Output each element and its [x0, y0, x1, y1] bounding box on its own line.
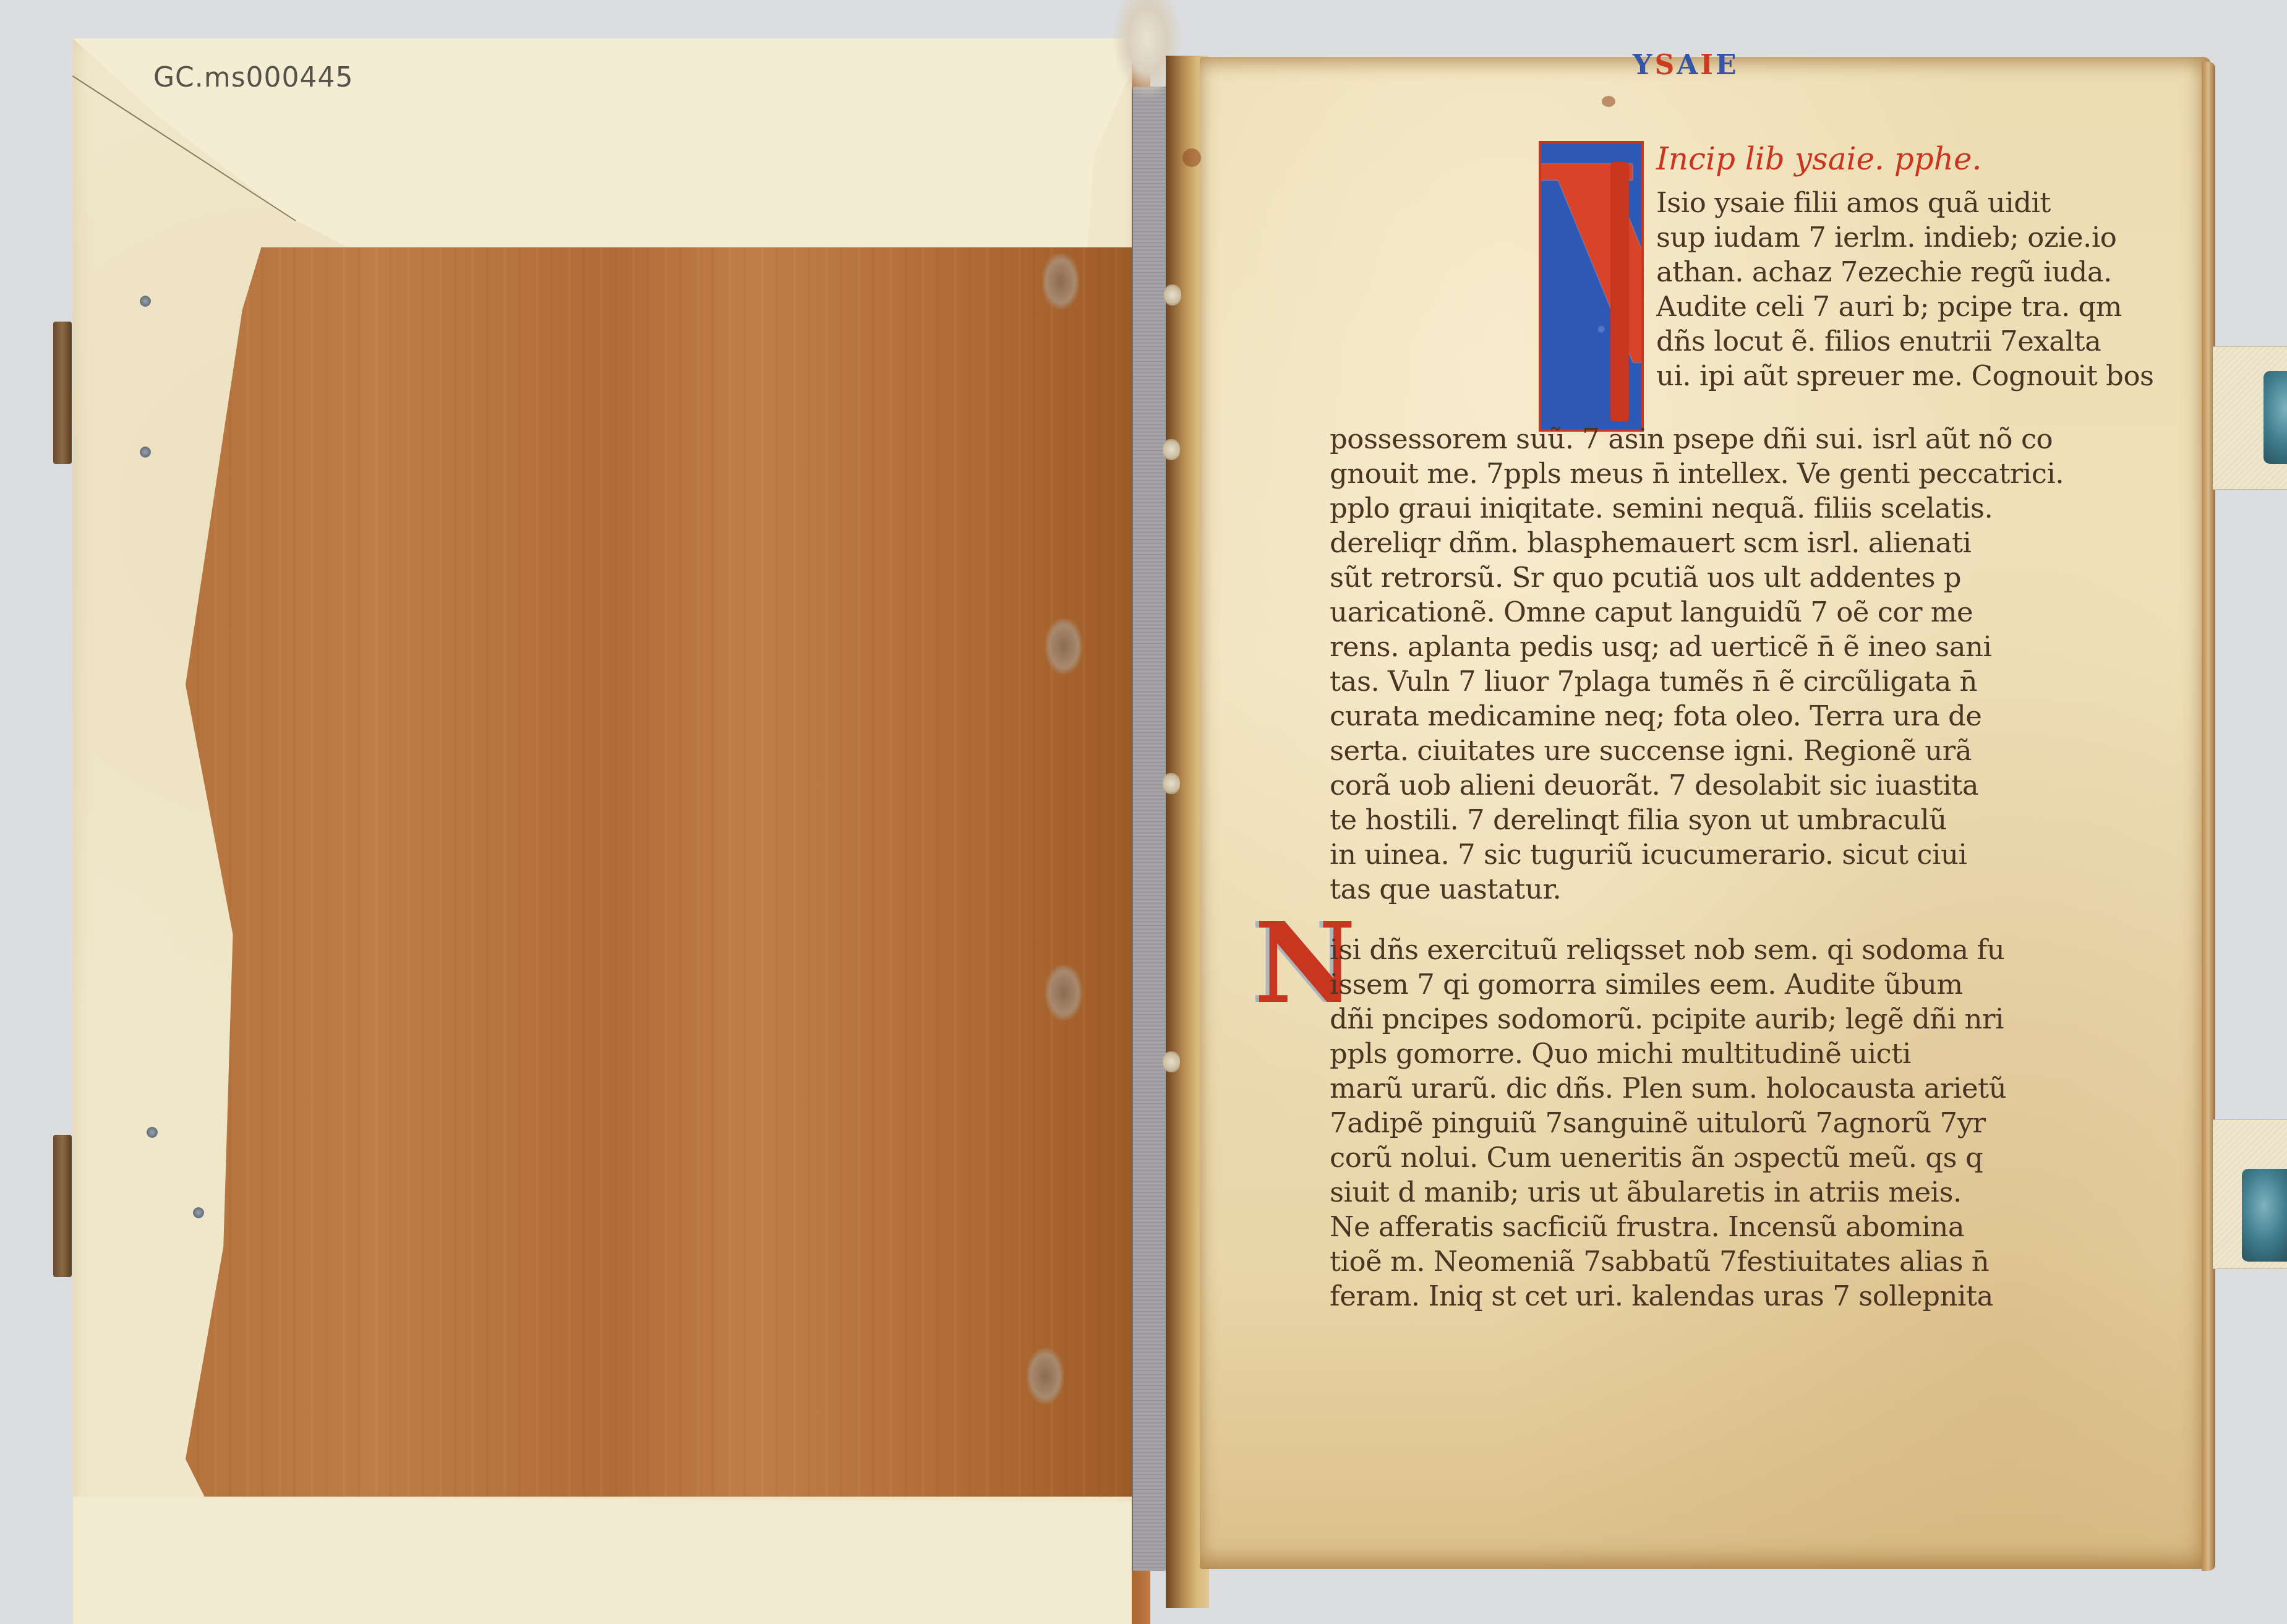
text-line: serta. ciuitates ure succense igni. Regi…: [1330, 733, 2189, 768]
board-peg-hole: [1045, 965, 1082, 1020]
text-line: siuit d manib; uris ut ãbularetis in atr…: [1330, 1175, 2189, 1210]
nail-head: [147, 1127, 158, 1138]
text-column-second-paragraph: isi dñs exercituũ reliqsset nob sem. qi …: [1330, 933, 2189, 1314]
sewing-station: [1163, 1051, 1180, 1072]
foxing-stain: [1602, 96, 1615, 107]
clasp-catch-upper: [53, 322, 72, 464]
text-line: gnouit me. 7ppls meus n̄ intellex. Ve ge…: [1330, 456, 2189, 491]
text-line: 7adipẽ pinguiũ 7sanguinẽ uitulorũ 7agnor…: [1330, 1106, 2189, 1140]
text-line: sup iudam 7 ierlm. indieb; ozie.io: [1656, 220, 2188, 255]
text-line: dereliqr dñm. blasphemauert scm isrl. al…: [1330, 526, 2189, 560]
text-line: Audite celi 7 auri b; pcipe tra. qm: [1656, 289, 2188, 324]
text-line: dñi pncipes sodomorũ. pcipite aurib; leg…: [1330, 1002, 2189, 1036]
text-line: in uinea. 7 sic tuguriũ icucumerario. si…: [1330, 837, 2189, 872]
text-line: possessorem suũ. 7 asin psepe dñi sui. i…: [1330, 422, 2189, 456]
clasp-metal-lower: [2242, 1169, 2287, 1262]
nail-head: [193, 1207, 204, 1218]
sewing-station: [1163, 439, 1180, 460]
text-block-fore-edge: [2202, 62, 2215, 1571]
text-column-first-paragraph: possessorem suũ. 7 asin psepe dñi sui. i…: [1330, 422, 2189, 907]
cover-turn-in-bottom: [73, 1497, 1137, 1624]
text-line: pplo graui iniqitate. semini nequã. fili…: [1330, 491, 2189, 526]
nail-head: [140, 296, 151, 307]
sewing-station: [1164, 284, 1181, 306]
text-line: rens. aplanta pedis usq; ad uerticẽ n̄ ẽ…: [1330, 630, 2189, 664]
text-line: marũ urarũ. dic dñs. Plen sum. holocaust…: [1330, 1071, 2189, 1106]
board-peg-hole: [1027, 1348, 1064, 1404]
board-peg-hole: [1042, 254, 1079, 309]
clasp-metal-upper: [2263, 371, 2287, 464]
text-line: tioẽ m. Neomeniã 7sabbatũ 7festiuitates …: [1330, 1244, 2189, 1279]
text-column-beside-initial: Isio ysaie filii amos quã uidit sup iuda…: [1656, 186, 2188, 393]
exposed-wooden-board: [186, 247, 1132, 1497]
text-line: tas que uastatur.: [1330, 872, 2189, 907]
text-line: Isio ysaie filii amos quã uidit: [1656, 186, 2188, 220]
board-peg-hole: [1045, 618, 1082, 674]
text-line: athan. achaz 7ezechie regũ iuda.: [1656, 255, 2188, 289]
nail-head: [140, 447, 151, 458]
text-line: te hostili. 7 derelinqt filia syon ut um…: [1330, 803, 2189, 837]
text-line: dñs locut ẽ. filios enutrii 7exalta: [1656, 324, 2188, 359]
text-line: tas. Vuln 7 liuor 7plaga tumẽs n̄ ẽ circ…: [1330, 664, 2189, 699]
text-line: isi dñs exercituũ reliqsset nob sem. qi …: [1330, 933, 2189, 967]
text-line: ui. ipi aũt spreuer me. Cognouit bos: [1656, 359, 2188, 393]
text-line: curata medicamine neq; fota oleo. Terra …: [1330, 699, 2189, 733]
incipit-rubric: Incip lib ysaie. pphe.: [1656, 141, 1982, 177]
spine-cloth-lining: [1132, 87, 1170, 1571]
sewing-station: [1163, 773, 1180, 794]
text-line: ppls gomorre. Quo michi multitudinẽ uict…: [1330, 1036, 2189, 1071]
text-line: corã uob alieni deuorãt. 7 desolabit sic…: [1330, 768, 2189, 803]
shelfmark-label: GC.ms000445: [153, 62, 354, 93]
text-line: uaricationẽ. Omne caput languidũ 7 oẽ co…: [1330, 595, 2189, 630]
text-line: sũt retrorsũ. Sr quo pcutiã uos ult adde…: [1330, 560, 2189, 595]
illuminated-initial-v: V: [1539, 141, 1644, 432]
clasp-catch-lower: [53, 1135, 72, 1277]
text-line: corũ nolui. Cum ueneritis ãn ɔspectũ meũ…: [1330, 1140, 2189, 1175]
text-line: feram. Iniq st cet uri. kalendas uras 7 …: [1330, 1279, 2189, 1314]
running-title: YSAIE: [1633, 49, 1738, 87]
foxing-stain: [1182, 148, 1201, 167]
text-line: issem 7 qi gomorra similes eem. Audite ũ…: [1330, 967, 2189, 1002]
text-line: Ne afferatis sacficiũ frustra. Incensũ a…: [1330, 1210, 2189, 1244]
initial-stem: [1610, 162, 1629, 422]
